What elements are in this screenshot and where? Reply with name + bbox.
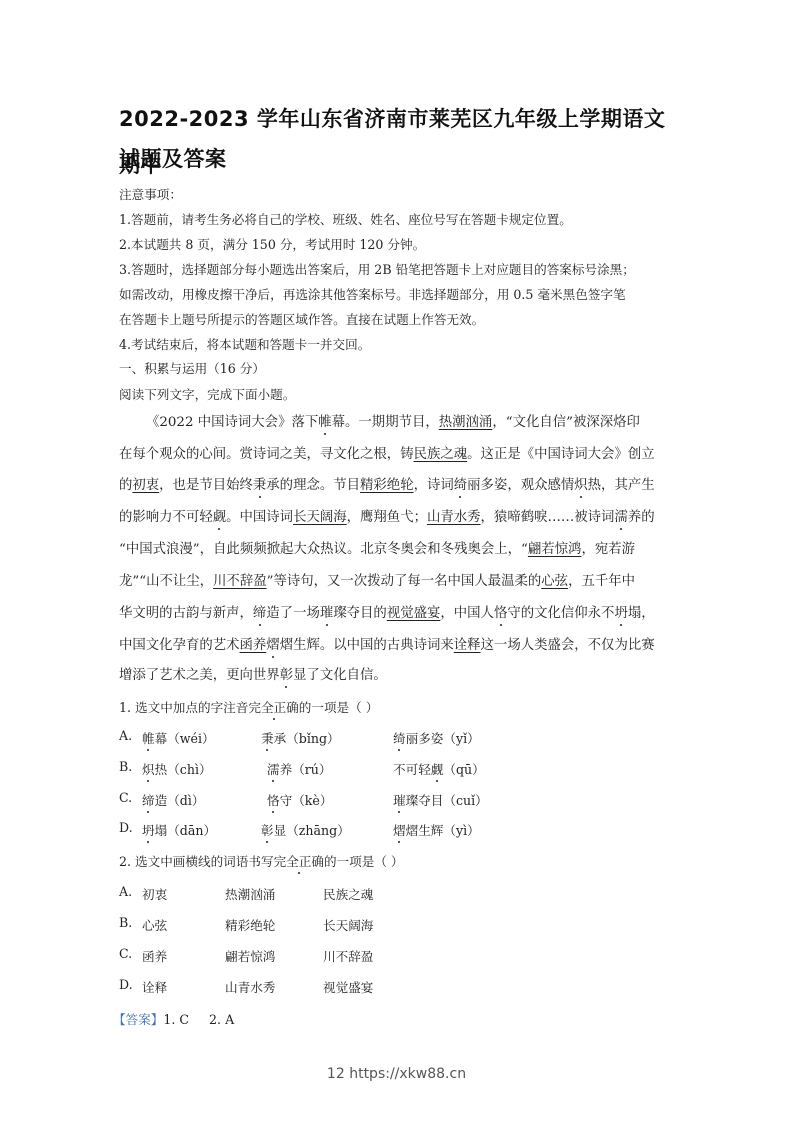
underlined-word: 视觉盛宴 xyxy=(387,606,441,621)
dotted-char: 恪 xyxy=(494,606,507,621)
underlined-word: 山青水秀 xyxy=(427,510,481,525)
dotted-char: 帷 xyxy=(318,415,331,430)
page-footer: 12 https://xkw88.cn xyxy=(0,1066,793,1082)
notice-item: 3.答题时，选择题部分每小题选出答案后，用 2B 铅笔把答题卡上对应题目的答案标… xyxy=(119,259,635,278)
passage-line: “中国式浪漫”，自此频频掀起大众热议。北京冬奥会和冬残奥会上，“翩若惊鸿，宛若游 xyxy=(119,538,679,557)
dotted-char: 炽 xyxy=(574,478,587,493)
underlined-word: 民族之魂 xyxy=(414,447,468,462)
document-page: 2022-2023 学年山东省济南市莱芜区九年级上学期语文期中 试题及答案 注意… xyxy=(0,0,793,1122)
notice-item: 如需改动，用橡皮擦干净后，再选涂其他答案标号。非选择题部分，用 0.5 毫米黑色… xyxy=(119,284,626,303)
document-title-line2: 试题及答案 xyxy=(119,136,679,182)
notice-item: 2.本试题共 8 页，满分 150 分，考试用时 120 分钟。 xyxy=(119,234,425,253)
dotted-char: 绮 xyxy=(454,478,467,493)
underlined-word: 初衷 xyxy=(132,478,159,493)
passage-line: 龙”“山不让尘，川不辞盈”等诗句，又一次拨动了每一名中国人最温柔的心弦，五千年中 xyxy=(119,570,679,589)
underlined-word: 川不辞盈 xyxy=(213,574,267,589)
underlined-word: 函养 xyxy=(240,638,267,653)
passage-line: 的初衷，也是节目始终秉承的理念。节目精彩绝轮，诗词绮丽多姿，观众感情炽热，其产生 xyxy=(119,474,679,493)
passage-line: 增添了艺术之美，更向世界彰显了文化自信。 xyxy=(119,664,679,683)
dotted-char: 璀 xyxy=(320,606,333,621)
underlined-word: 心弦 xyxy=(541,574,568,589)
answer-line: 【答案】1. C 2. A xyxy=(113,1009,234,1028)
passage-line: 华文明的古韵与新声，缔造了一场璀璨夺目的视觉盛宴，中国人恪守的文化信仰永不坍塌， xyxy=(119,602,679,621)
dotted-char: 觑 xyxy=(213,510,226,525)
dotted-char: 熠 xyxy=(266,638,279,653)
footer-url: https://xkw88.cn xyxy=(349,1066,466,1082)
passage-line: 在每个观众的心间。赏诗词之美，寻文化之根，铸民族之魂。这正是《中国诗词大会》创立 xyxy=(119,443,679,462)
dotted-char: 濡 xyxy=(614,510,627,525)
answer-tag: 【答案】 xyxy=(113,1012,163,1027)
dotted-char: 坍 xyxy=(614,606,627,621)
underlined-word: 翩若惊鸿 xyxy=(528,542,582,557)
dotted-char: 缔 xyxy=(253,606,266,621)
reading-instruction: 阅读下列文字，完成下面小题。 xyxy=(119,384,295,403)
question-2-stem: 2. 选文中画横线的词语书写完全正确的一项是（ ） xyxy=(119,851,404,870)
dotted-char: 秉 xyxy=(253,478,266,493)
underlined-word: 诠释 xyxy=(454,638,481,653)
passage-line: 中国文化孕育的艺术函养熠熠生辉。以中国的古典诗词来诠释这一场人类盛会，不仅为比赛 xyxy=(119,634,679,653)
notice-item: 在答题卡上题号所提示的答题区域作答。直接在试题上作答无效。 xyxy=(119,309,484,328)
dotted-char: 彰 xyxy=(280,668,293,683)
page-number: 12 xyxy=(327,1066,345,1082)
underlined-word: 长天阔海 xyxy=(293,510,347,525)
passage-line: 《2022 中国诗词大会》落下帷幕。一期期节目，热潮汹涌，“文化自信”被深深烙印 xyxy=(119,411,706,430)
passage-line: 的影响力不可轻觑。中国诗词长天阔海，鹰翔鱼弋；山青水秀，猿啼鹤唳……被诗词濡养的 xyxy=(119,506,679,525)
underlined-word: 精彩绝轮 xyxy=(360,478,414,493)
section-heading: 一、积累与运用（16 分） xyxy=(119,358,265,377)
notice-item: 1.答题前，请考生务必将自己的学校、班级、姓名、座位号写在答题卡规定位置。 xyxy=(119,209,572,228)
notice-header: 注意事项： xyxy=(119,184,182,203)
underlined-word: 热潮汹涌 xyxy=(439,415,493,430)
answer-text: 1. C 2. A xyxy=(163,1012,234,1027)
question-1-stem: 1. 选文中加点的字注音完全正确的一项是（ ） xyxy=(119,697,378,716)
notice-item: 4.考试结束后，将本试题和答题卡一并交回。 xyxy=(119,334,370,353)
